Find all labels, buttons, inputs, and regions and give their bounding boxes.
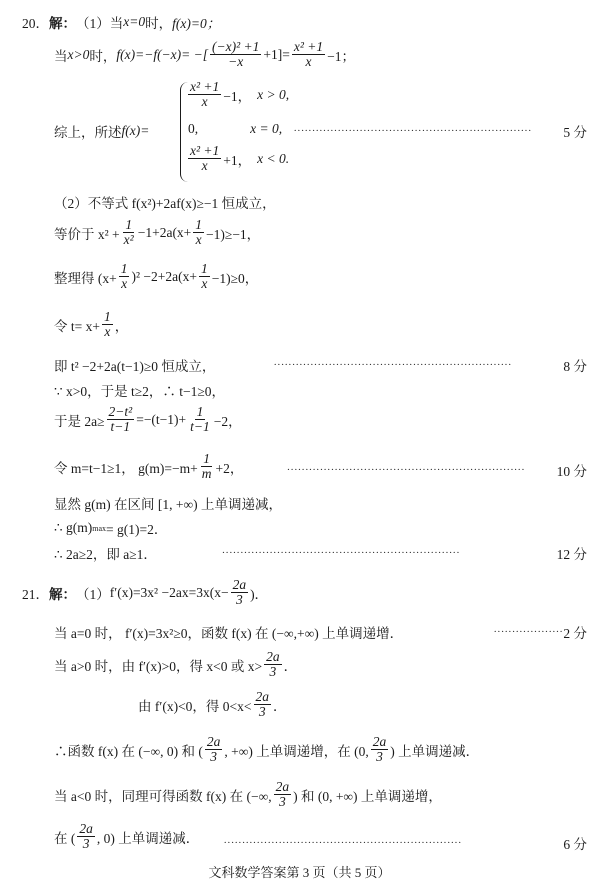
page-footer: 文科数学答案第 3 页（共 5 页） (0, 862, 599, 881)
q20-line2: 当 x>0 时， f(x)=−f(−x)= −[ (−x)² +1−x +1]=… (54, 40, 355, 69)
part2-line7: 于是 2a≥ 2−t²t−1 =−(t−1)+ 1t−1 −2， (54, 405, 242, 434)
piecewise-case-1: x² +1x −1， x > 0, (186, 80, 289, 109)
part2-line3: 整理得 (x+ 1x )² −2+2a(x+ 1x −1)≥0， (54, 262, 258, 291)
summary-label-line: 综上，所述 f(x)= (54, 121, 149, 141)
part2-line11: ∴ 2a≥2，即 a≥1． (54, 543, 157, 563)
part2-line2: 等价于 x² + 1x² −1+2a(x+ 1x −1)≥−1， (54, 218, 260, 247)
question-number: 21． (22, 583, 49, 603)
question-number: 20． (22, 12, 49, 32)
score-2: ········································… (493, 622, 587, 642)
solve-label: 解： (49, 12, 76, 32)
q21-line6: 当 a<0 时，同理可得函数 f(x) 在 (−∞, 2a3 ) 和 (0, +… (54, 780, 442, 809)
q21-header-line: 21． 解： （1） f′(x)=3x² −2ax=3x(x− 2a3 )． (22, 578, 268, 607)
q21-line3: 当 a>0 时，由 f′(x)>0，得 x<0 或 x> 2a3 ． (54, 650, 297, 679)
part2-line1: （2）不等式 f(x²)+2af(x)≥−1 恒成立， (54, 192, 276, 212)
fraction: (−x)² +1−x (210, 40, 261, 69)
score-5: ········································… (293, 121, 587, 141)
part2-line6: ∵ x>0，于是 t≥2，∴ t−1≥0， (54, 380, 225, 400)
piecewise-case-2: 0, x = 0, (188, 121, 282, 137)
part2-line5: 即 t² −2+2a(t−1)≥0 恒成立， (54, 355, 215, 375)
q20-header-line: 20． 解： （1） 当 x=0 时， f(x)=0； (22, 12, 220, 32)
fraction: x² +1x (292, 40, 325, 69)
part-label: （1） (76, 12, 110, 32)
part2-line8: 令 m=t−1≥1， g(m)=−m+ 1m +2， (54, 452, 243, 481)
score-12: ········································… (222, 543, 587, 563)
q21-line7: 在 ( 2a3 , 0) 上单调递减． (54, 822, 199, 851)
score-10: ········································… (287, 460, 587, 480)
score-6: ········································… (223, 833, 587, 853)
piecewise-case-3: x² +1x +1， x < 0. (186, 144, 289, 173)
part2-line10: ∴ g(m)max = g(1)=2． (54, 518, 167, 538)
part2-line4: 令 t= x+ 1x ， (54, 310, 128, 339)
part2-line9: 显然 g(m) 在区间 [1, +∞) 上单调递减， (54, 493, 282, 513)
q21-line2: 当 a=0 时， f′(x)=3x²≥0，函数 f(x) 在 (−∞,+∞) 上… (54, 622, 403, 642)
score-8: ········································… (273, 355, 587, 375)
q21-line4: 由 f′(x)<0，得 0<x< 2a3 ． (138, 690, 287, 719)
q21-line5: ∴函数 f(x) 在 (−∞, 0) 和 ( 2a3 , +∞) 上单调递增，在… (54, 735, 479, 764)
solve-label: 解： (49, 583, 76, 603)
